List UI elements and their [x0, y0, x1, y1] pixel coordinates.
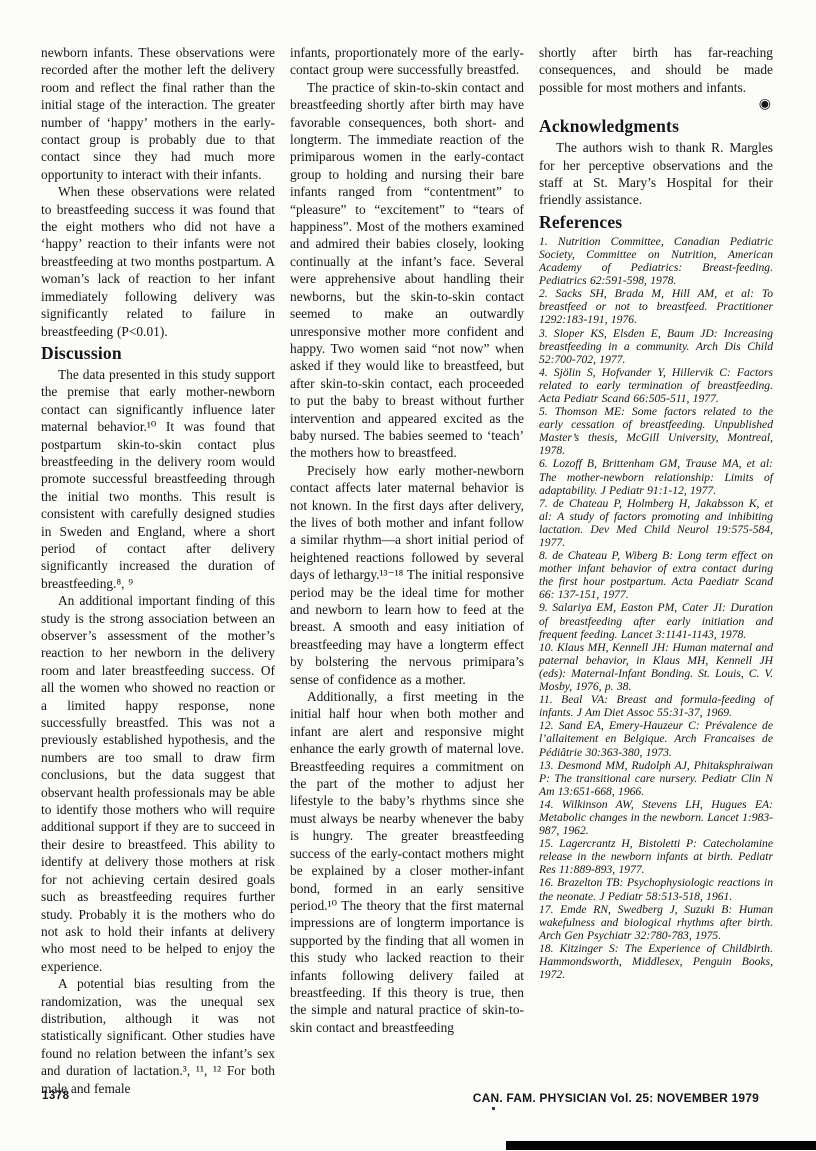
reference-item: 14. Wilkinson AW, Stevens LH, Hugues EA:… — [539, 798, 773, 837]
article-paragraph: When these observations were related to … — [41, 183, 275, 340]
end-of-article-icon: ◉ — [759, 97, 771, 112]
article-paragraph: Additionally, a first meeting in the ini… — [290, 688, 524, 1036]
reference-item: 6. Lozoff B, Brittenham GM, Trause MA, e… — [539, 457, 773, 496]
end-of-article-row: ◉ — [539, 97, 771, 113]
page-number: 1378 — [42, 1090, 70, 1102]
journal-footer: CAN. FAM. PHYSICIAN Vol. 25: NOVEMBER 19… — [473, 1091, 759, 1105]
reference-item: 7. de Chateau P, Holmberg H, Jakabsson K… — [539, 497, 773, 549]
reference-item: 16. Brazelton TB: Psychophysiologic reac… — [539, 876, 773, 902]
reference-item: 1. Nutrition Committee, Canadian Pediatr… — [539, 235, 773, 287]
article-paragraph: A potential bias resulting from the rand… — [41, 975, 275, 1097]
reference-item: 10. Klaus MH, Kennell JH: Human maternal… — [539, 641, 773, 693]
reference-item: 5. Thomson ME: Some factors related to t… — [539, 405, 773, 457]
reference-item: 3. Sloper KS, Elsden E, Baum JD: Increas… — [539, 327, 773, 366]
article-paragraph: The data presented in this study support… — [41, 366, 275, 592]
reference-item: 17. Emde RN, Swedberg J, Suzuki B: Human… — [539, 903, 773, 942]
article-paragraph: shortly after birth has far-reaching con… — [539, 44, 773, 96]
reference-item: 18. Kitzinger S: The Experience of Child… — [539, 942, 773, 981]
scan-artifact-dot — [492, 1107, 495, 1110]
reference-item: 12. Sand EA, Emery-Hauzeur C: Prévalence… — [539, 719, 773, 758]
column-1: newborn infants. These observations were… — [41, 44, 275, 1097]
reference-item: 13. Desmond MM, Rudolph AJ, Phitaksphrai… — [539, 759, 773, 798]
reference-item: 8. de Chateau P, Wiberg B: Long term eff… — [539, 549, 773, 601]
article-body: newborn infants. These observations were… — [41, 44, 773, 1097]
reference-item: 9. Salariya EM, Easton PM, Cater JI: Dur… — [539, 601, 773, 640]
article-paragraph: Precisely how early mother-newborn conta… — [290, 462, 524, 688]
reference-list: 1. Nutrition Committee, Canadian Pediatr… — [539, 235, 773, 981]
scan-artifact-bar — [506, 1141, 816, 1150]
article-paragraph: newborn infants. These observations were… — [41, 44, 275, 183]
column-3: shortly after birth has far-reaching con… — [539, 44, 773, 1097]
acknowledgments-heading: Acknowledgments — [539, 116, 773, 137]
reference-item: 2. Sacks SH, Brada M, Hill AM, et al: To… — [539, 287, 773, 326]
acknowledgments-paragraph: The authors wish to thank R. Margles for… — [539, 139, 773, 209]
references-heading: References — [539, 212, 773, 233]
article-paragraph: An additional important finding of this … — [41, 592, 275, 975]
reference-item: 15. Lagercrantz H, Bistoletti P: Catecho… — [539, 837, 773, 876]
reference-item: 4. Sjölin S, Hofvander Y, Hillervik C: F… — [539, 366, 773, 405]
article-paragraph: infants, proportionately more of the ear… — [290, 44, 524, 79]
article-paragraph: The practice of skin-to-skin contact and… — [290, 79, 524, 462]
reference-item: 11. Beal VA: Breast and formula-feeding … — [539, 693, 773, 719]
column-2: infants, proportionately more of the ear… — [290, 44, 524, 1097]
discussion-heading: Discussion — [41, 343, 275, 364]
